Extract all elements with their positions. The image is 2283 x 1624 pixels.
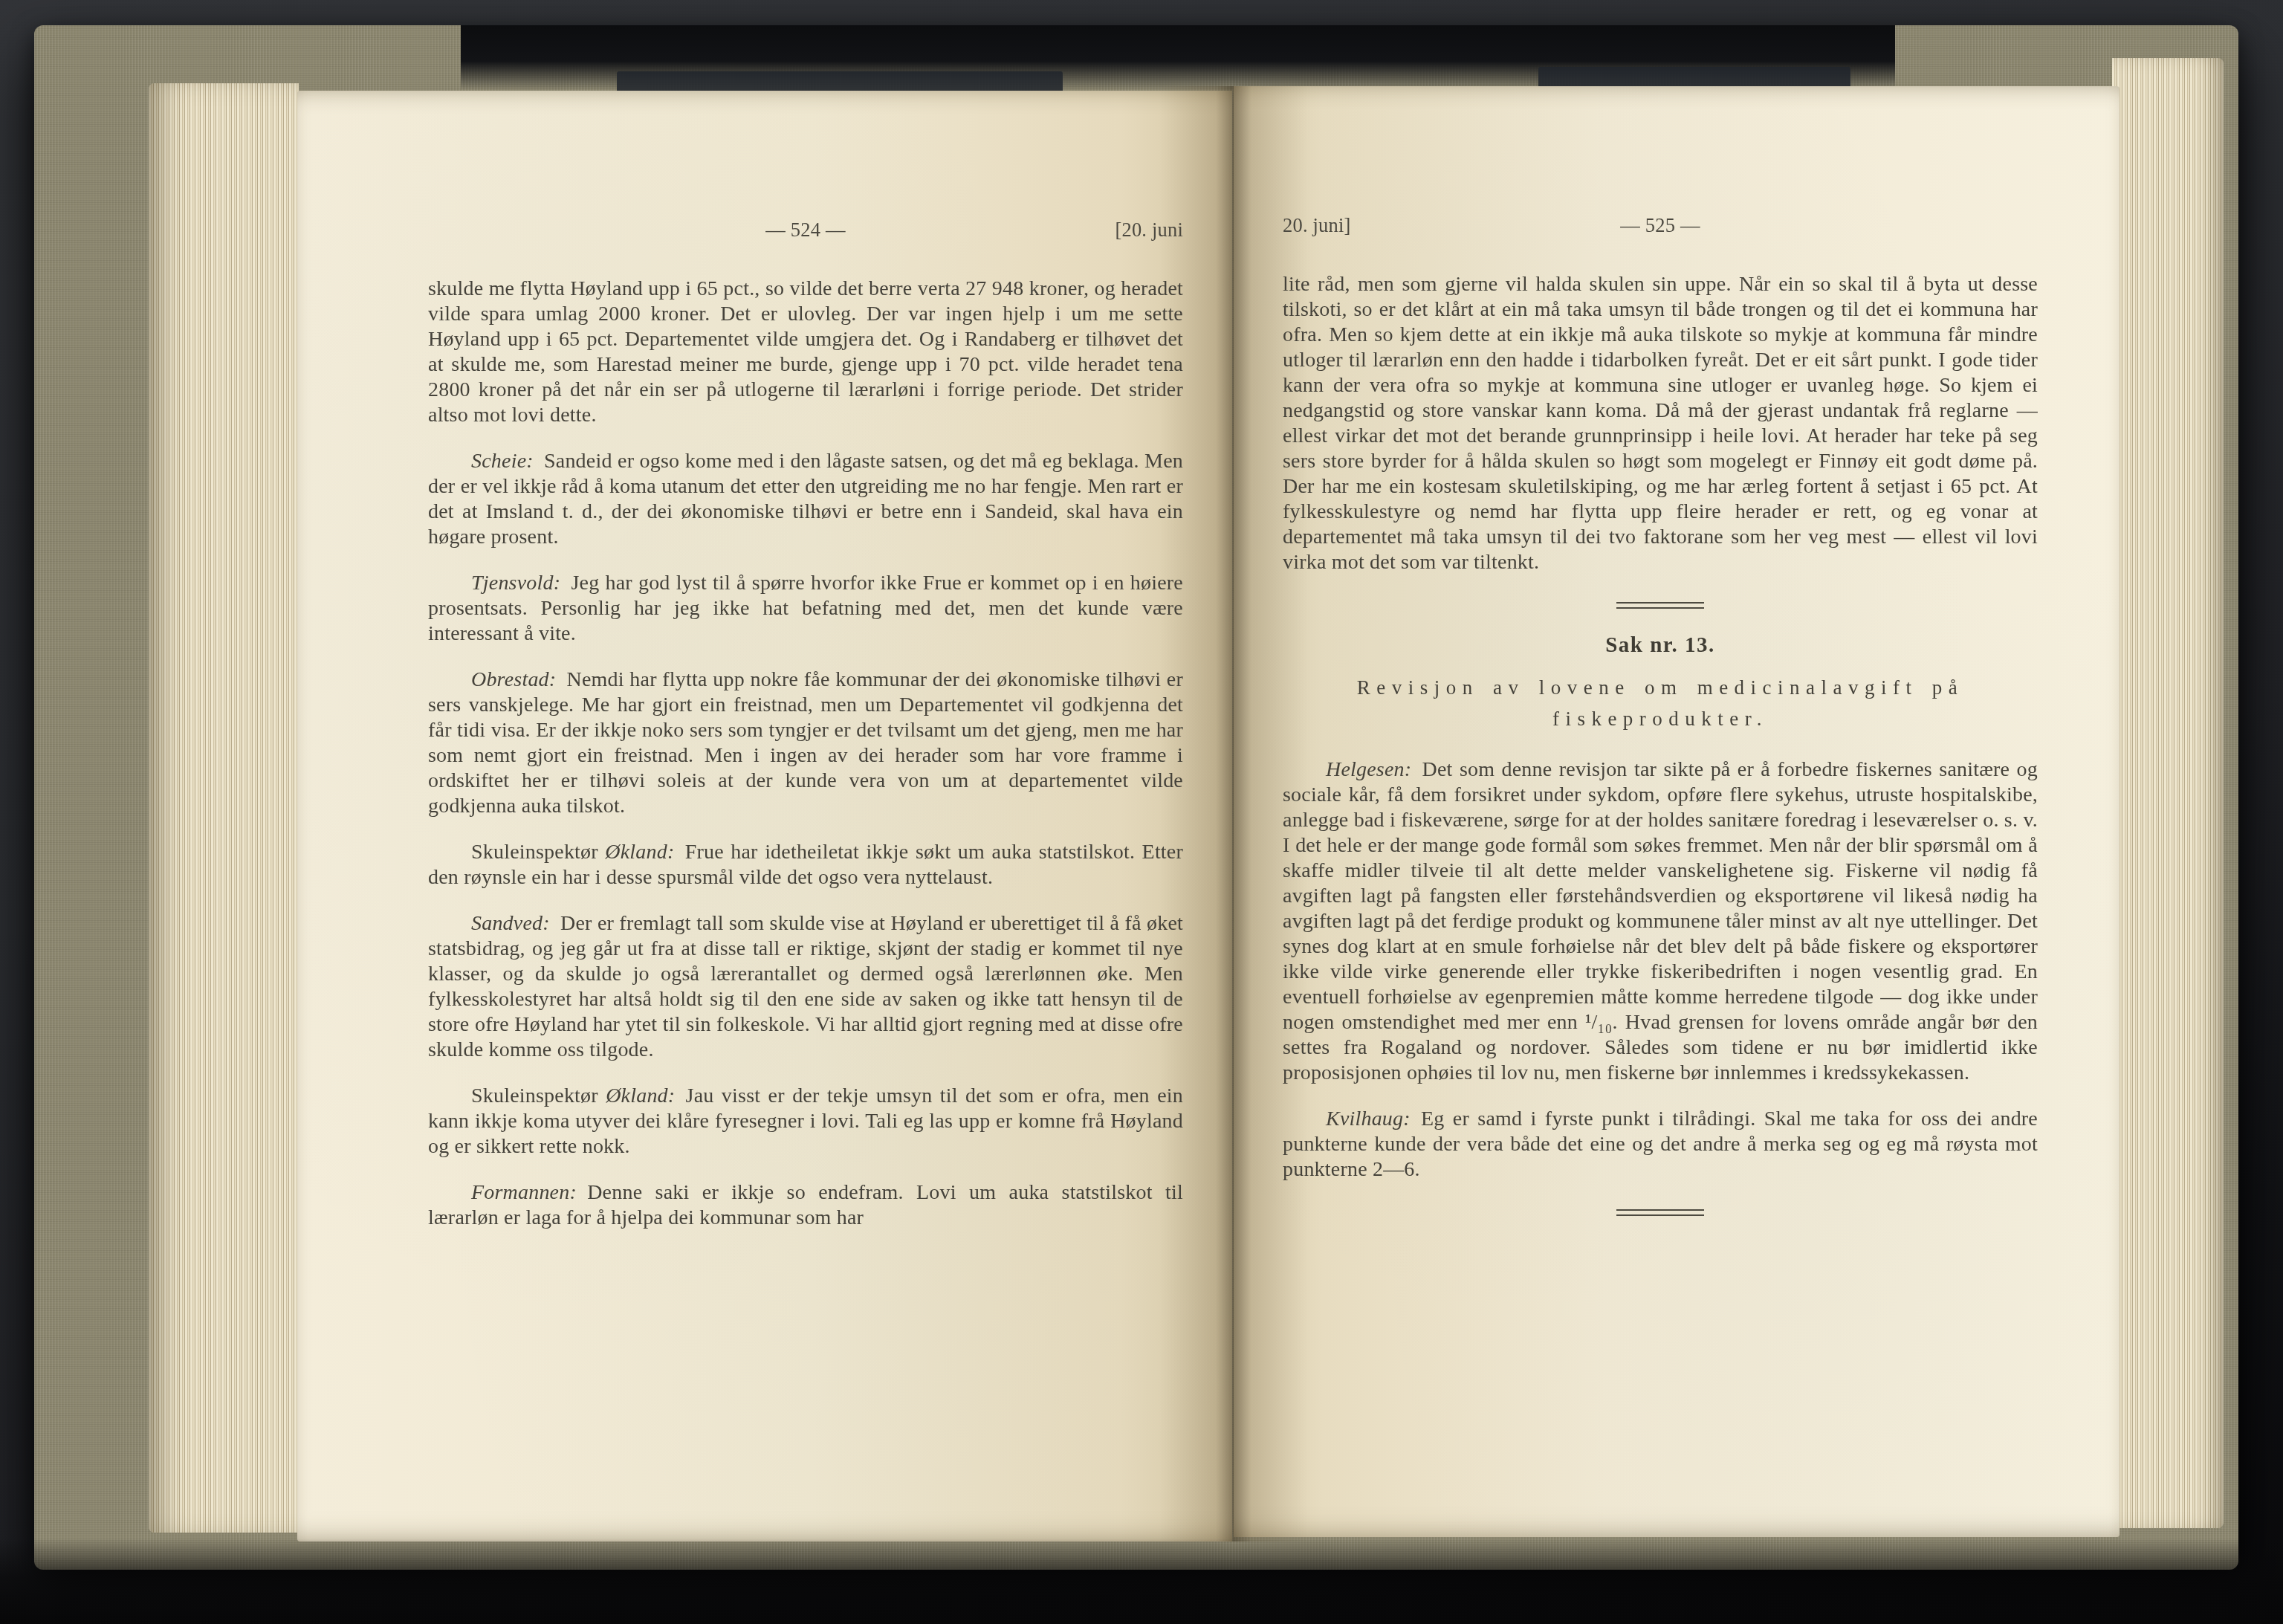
left-page-header: — 524 — [20. juni	[428, 217, 1183, 242]
case-subheading: Revisjon av lovene om medicinalavgift på…	[1283, 673, 2038, 735]
date-marker: 20. juni]	[1283, 213, 1535, 238]
paragraph: Formannen: Denne saki er ikkje so endefr…	[428, 1180, 1183, 1231]
page-number: — 524 —	[680, 217, 932, 242]
case-heading: Sak nr. 13.	[1283, 633, 2038, 658]
book-photo-scene: — 524 — [20. juni skulde me flytta Høyla…	[0, 0, 2283, 1624]
header-spacer	[428, 217, 680, 242]
right-page-text-column: 20. juni] — 525 — lite råd, men som gjer…	[1283, 213, 2038, 1240]
paragraph: lite råd, men som gjerne vil halda skule…	[1283, 272, 2038, 575]
speaker-name: Sandved:	[471, 912, 550, 935]
date-marker: [20. juni	[931, 217, 1183, 242]
paragraph: Tjensvold: Jeg har god lyst til å spørre…	[428, 571, 1183, 647]
paragraph: Skuleinspektør Økland: Jau visst er der …	[428, 1084, 1183, 1159]
paragraph: Skuleinspektør Økland: Frue har idetheil…	[428, 840, 1183, 890]
left-page-body: skulde me flytta Høyland upp i 65 pct., …	[428, 276, 1183, 1231]
page-edges-right	[2112, 58, 2224, 1528]
paragraph: skulde me flytta Høyland upp i 65 pct., …	[428, 276, 1183, 428]
right-page-body: lite råd, men som gjerne vil halda skule…	[1283, 272, 2038, 1216]
speaker-name: Helgesen:	[1326, 758, 1411, 781]
header-spacer	[1786, 213, 2038, 238]
section-divider	[1616, 1209, 1704, 1216]
right-page-header: 20. juni] — 525 —	[1283, 213, 2038, 238]
speaker-name: Kvilhaug:	[1326, 1107, 1411, 1130]
paragraph: Obrestad: Nemdi har flytta upp nokre fåe…	[428, 667, 1183, 819]
page-number: — 525 —	[1535, 213, 1787, 238]
speaker-title: Skuleinspektør	[471, 1084, 606, 1107]
speaker-name: Scheie:	[471, 450, 534, 473]
paragraph: Sandved: Der er fremlagt tall som skulde…	[428, 911, 1183, 1063]
speaker-name: Formannen:	[471, 1181, 577, 1204]
speaker-name: Tjensvold:	[471, 572, 560, 595]
left-page-text-column: — 524 — [20. juni skulde me flytta Høyla…	[428, 217, 1183, 1252]
speaker-name: Økland:	[605, 841, 674, 864]
speaker-name: Obrestad:	[471, 668, 556, 691]
paragraph: Kvilhaug: Eg er samd i fyrste punkt i ti…	[1283, 1107, 2038, 1183]
speaker-title: Skuleinspektør	[471, 841, 605, 864]
speaker-name: Økland:	[606, 1084, 675, 1107]
paragraph: Scheie: Sandeid er ogso kome med i den l…	[428, 449, 1183, 550]
paragraph: Helgesen: Det som denne revisjon tar sik…	[1283, 757, 2038, 1086]
page-edges-left	[149, 83, 299, 1533]
section-divider	[1616, 602, 1704, 609]
